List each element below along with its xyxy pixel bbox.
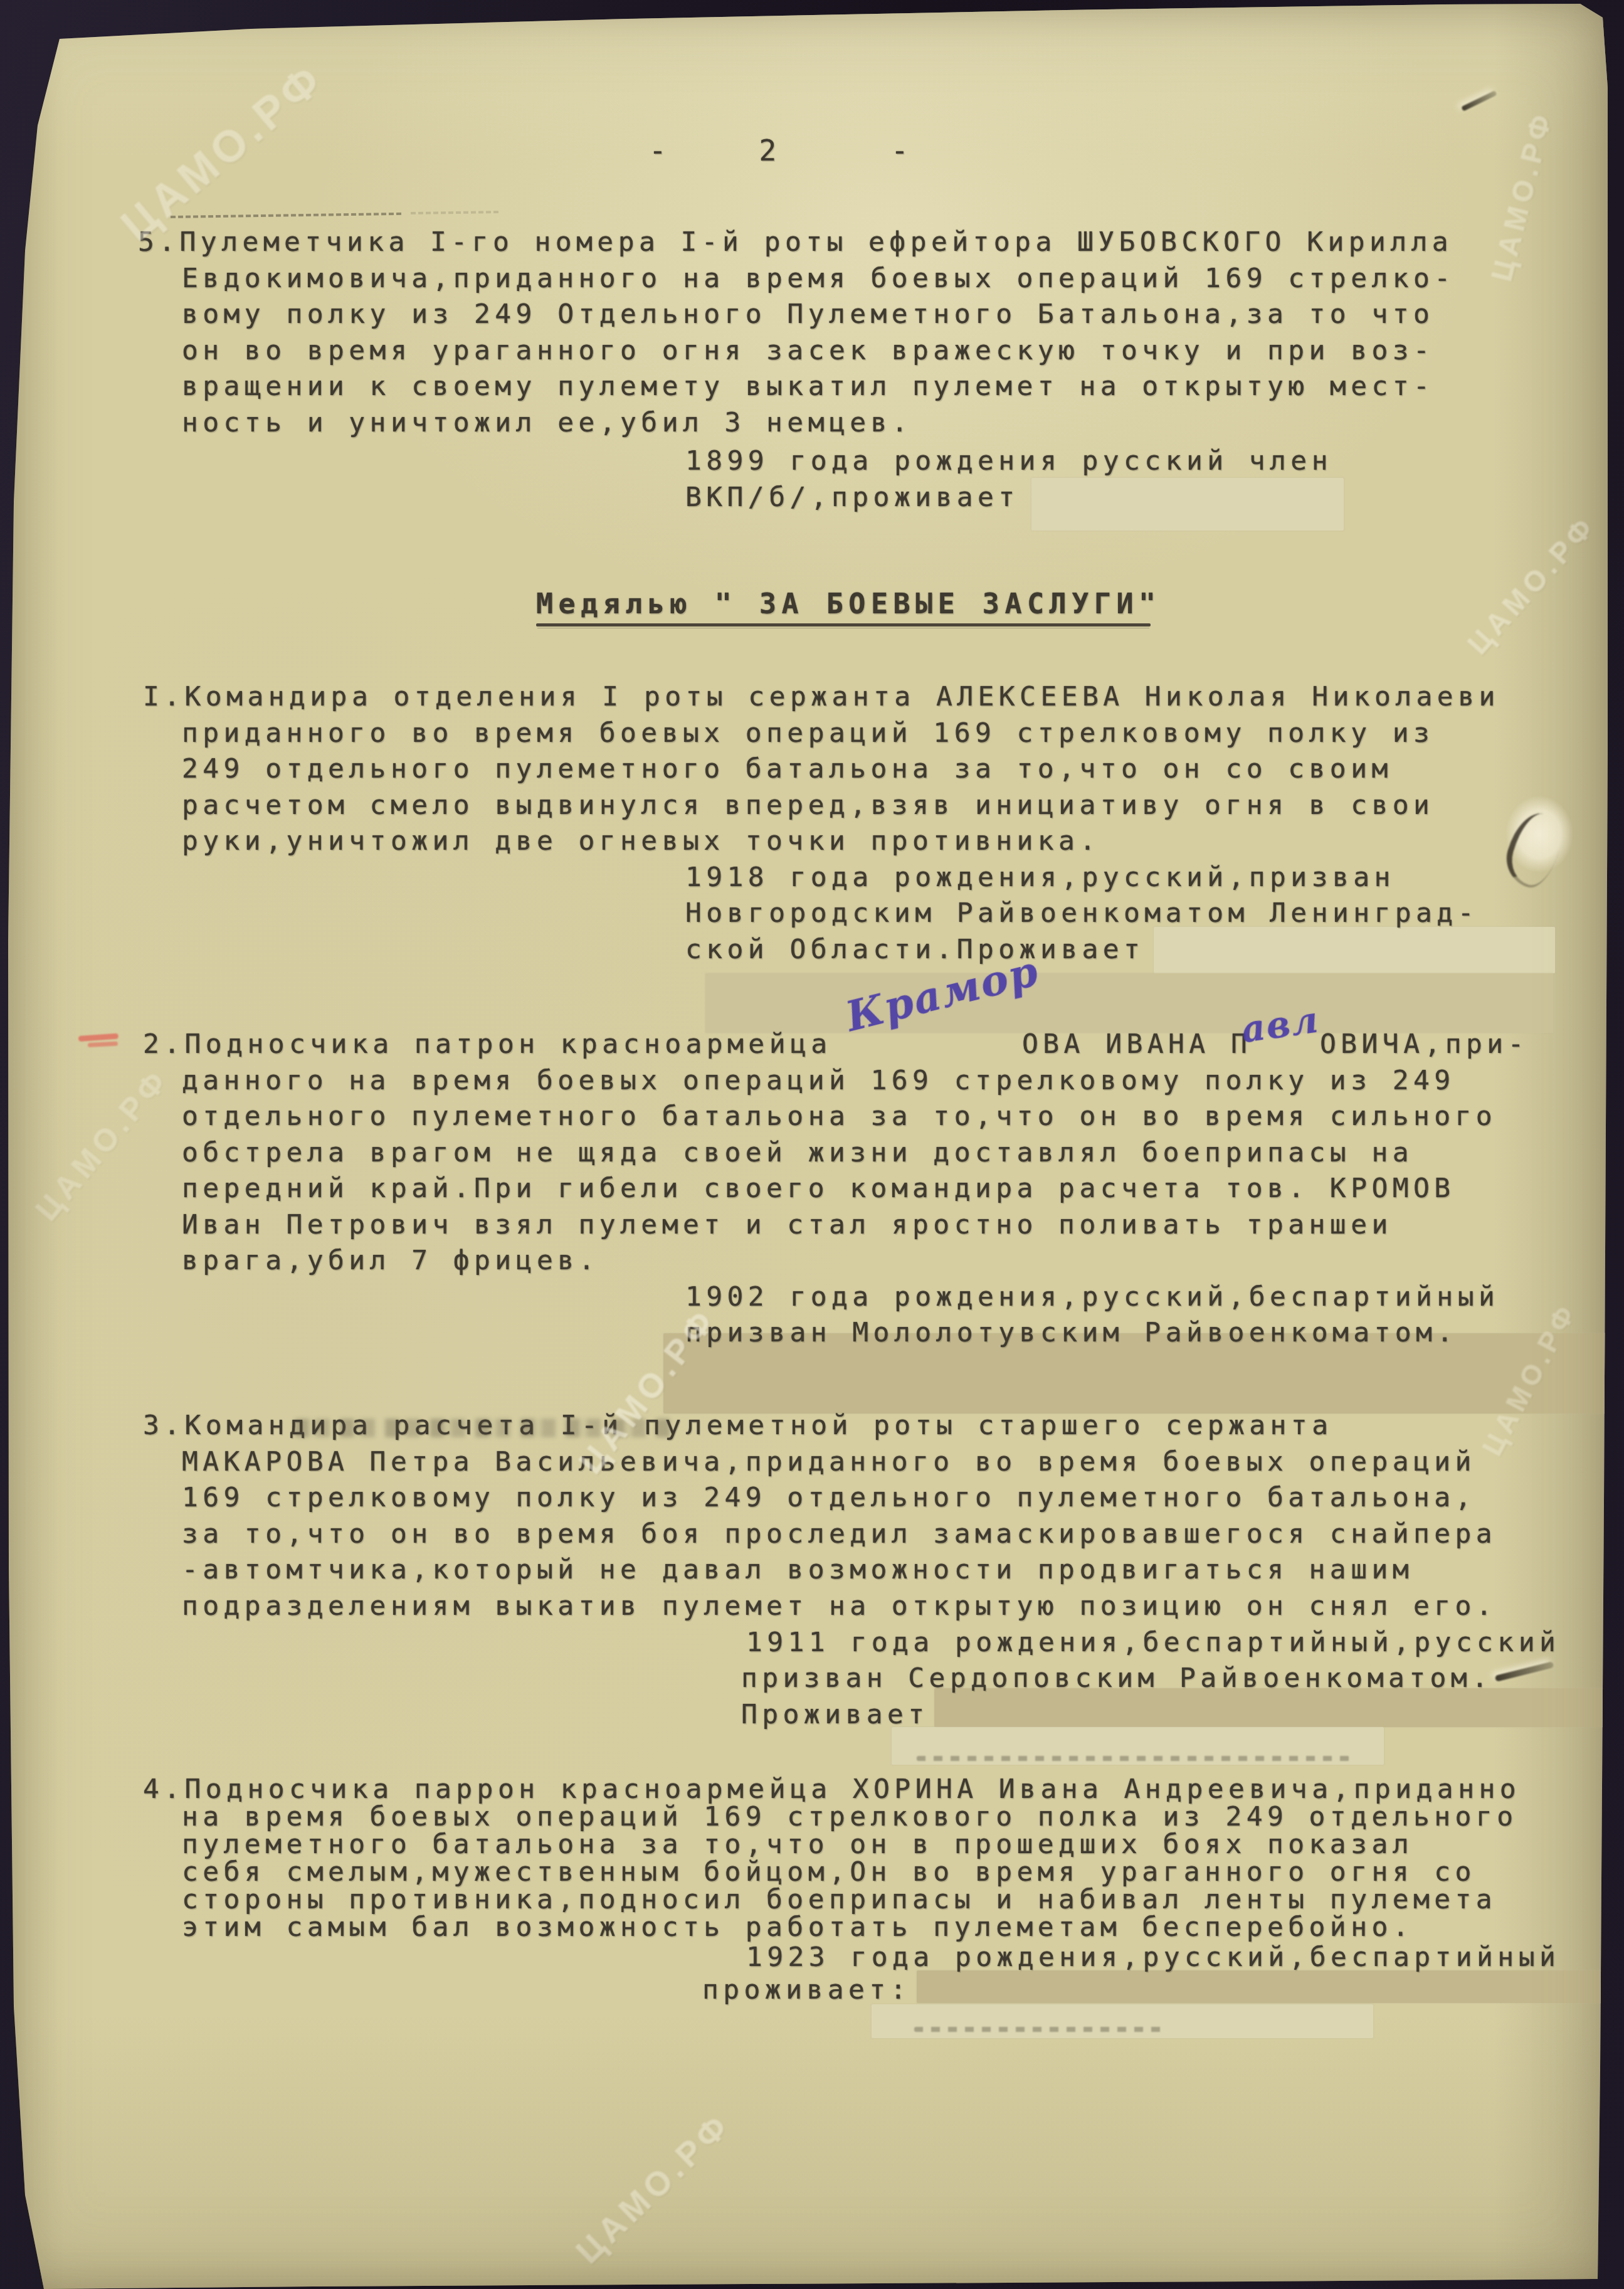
para5-line6: ность и уничтожил ее,убил 3 немцев.	[182, 408, 912, 438]
para2-line2: данного на время боевых операций 169 стр…	[182, 1066, 1455, 1096]
para3-birth-line: 1911 года рождения,беспартийный,русский	[746, 1628, 1560, 1657]
para3-line3: 169 стрелковому полку из 249 отдельного …	[182, 1483, 1476, 1513]
para4-line1: 4.Подносчика паррон красноармейца ХОРИНА…	[143, 1775, 1521, 1804]
para3-line2: МАКАРОВА Петра Васильевича,приданного во…	[182, 1447, 1476, 1477]
para3-commissariat-line: призван Сердоповским Райвоенкоматом.	[741, 1664, 1492, 1693]
para3-line5: -автомтчика,который не давал возможности…	[182, 1555, 1413, 1585]
redaction-box	[1031, 478, 1344, 531]
redaction-box	[872, 2004, 1373, 2038]
para4-line5: стороны противника,подносил боеприпасы и…	[182, 1885, 1497, 1915]
para5-birth-line: 1899 года рождения русский член	[685, 447, 1332, 476]
red-pencil-mark	[78, 1033, 119, 1042]
redaction-box	[1154, 927, 1555, 973]
para2-line1-prefix: 2.Подносчика патрон красноармейца	[143, 1030, 832, 1059]
crease-line	[171, 213, 401, 218]
para5-line4: он во время ураганного огня засек вражес…	[182, 336, 1434, 366]
para5-line2: Евдокимовича,приданного на время боевых …	[182, 264, 1455, 293]
para1-line2: приданного во время боевых операций 169 …	[182, 719, 1434, 748]
scan-background: { "page": { "number_line": "- 2 -", "wat…	[0, 0, 1624, 2289]
para2-line1-surname-typed: ОВА ИВАНА П	[1022, 1030, 1252, 1059]
camo-watermark: ЦАМО.РФ	[569, 2105, 739, 2271]
paper-tear	[1495, 1661, 1554, 1682]
red-pencil-mark	[88, 1041, 118, 1047]
para4-residence-line: проживает:	[702, 1975, 911, 2005]
para2-commissariat-line: призван Мололотувским Райвоенкоматом.	[685, 1318, 1458, 1348]
para1-line5: руки,уничтожил две огневых точки противн…	[182, 827, 1100, 856]
para5-line1: 5.Пулеметчика I-го номера I-й роты ефрей…	[138, 228, 1453, 257]
paper-tear	[1461, 90, 1497, 111]
para2-line1-suffix: ОВИЧА,при-	[1320, 1030, 1529, 1059]
faded-text-row	[914, 2027, 1165, 2032]
para3-residence-line: Проживает	[741, 1700, 929, 1730]
para1-residence-line: ской Области.Проживает	[685, 935, 1144, 965]
para5-line3: вому полку из 249 Отдельного Пулеметного…	[182, 300, 1434, 329]
para3-line6: подразделениям выкатив пулемет на открыт…	[182, 1592, 1497, 1621]
para4-line6: этим самым бал возможность работать пуле…	[182, 1913, 1413, 1942]
para2-line7: врага,убил 7 фрицев.	[182, 1246, 599, 1276]
redaction-box	[917, 1970, 1624, 2003]
para2-birth-line: 1902 года рождения,русский,беспартийный	[685, 1282, 1499, 1312]
camo-watermark: ЦАМО.РФ	[1461, 508, 1603, 661]
para4-birth-line: 1923 года рождения,русский,беспартийный	[746, 1943, 1560, 1972]
crease-line	[411, 211, 498, 214]
para2-line3: отдельного пулеметного батальона за то,ч…	[182, 1102, 1497, 1131]
heading-underline	[536, 623, 1151, 626]
redaction-box	[705, 973, 1553, 1033]
medal-heading: Медялью " ЗА БОЕВЫЕ ЗАСЛУГИ"	[536, 588, 1161, 620]
para2-line5: передний край.При гибели своего командир…	[182, 1174, 1455, 1203]
para1-birth-line: 1918 года рождения,русский,призван	[685, 863, 1395, 892]
para1-line1: I.Командира отделения I роты сержанта АЛ…	[143, 682, 1500, 712]
smudged-text-remnant	[295, 1419, 671, 1437]
para3-line4: за то,что он во время боя проследил зама…	[182, 1520, 1497, 1549]
para2-line4: обстрела врагом не щяда своей жизни дост…	[182, 1138, 1413, 1168]
para4-line3: пулеметного батальона за то,что он в про…	[182, 1830, 1413, 1859]
para1-line3: 249 отдельного пулеметного батальона за …	[182, 754, 1393, 784]
para5-line5: вращении к своему пулемету выкатил пулем…	[182, 372, 1434, 401]
camo-watermark: ЦАМО.РФ	[29, 1061, 177, 1228]
para4-line2: на время боевых операций 169 стрелкового…	[182, 1802, 1517, 1832]
camo-watermark: ЦАМО.РФ	[112, 53, 334, 251]
redaction-box	[934, 1688, 1608, 1727]
para5-residence-line: ВКП/б/,проживает	[685, 483, 1020, 512]
camo-watermark: ЦАМО.РФ	[1485, 107, 1560, 285]
faded-text-row	[917, 1756, 1349, 1761]
page-number: - 2 -	[649, 135, 913, 167]
paper: - 2 - 5.Пулеметчика I-го номера I-й роты…	[0, 0, 1624, 2289]
para2-line6: Иван Петрович взял пулемет и стал яростн…	[182, 1210, 1393, 1240]
para4-line4: себя смелым,мужественным бойцом,Он во вр…	[182, 1858, 1476, 1887]
para1-commissariat-line: Новгородским Райвоенкоматом Ленинград-	[685, 899, 1479, 928]
para1-line4: расчетом смело выдвинулся вперед,взяв ин…	[182, 791, 1434, 820]
